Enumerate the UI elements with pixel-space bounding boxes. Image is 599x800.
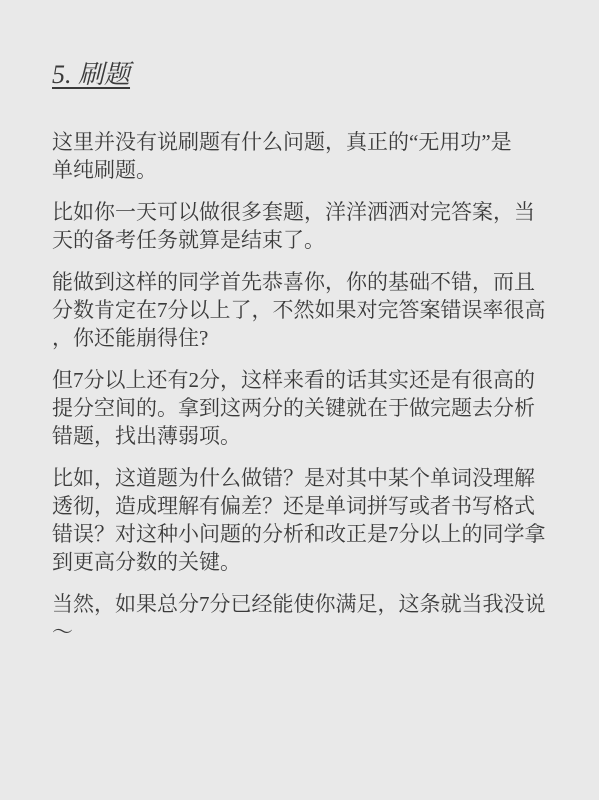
paragraph-4: 但7分以上还有2分，这样来看的话其实还是有很高的 提分空间的。拿到这两分的关键就… — [52, 366, 551, 450]
paragraph-6: 当然，如果总分7分已经能使你满足，这条就当我没说 ～ — [52, 590, 551, 646]
section-heading: 5. 刷题 — [52, 58, 551, 92]
section-heading-text: 5. 刷题 — [52, 60, 130, 89]
article-page: 5. 刷题 这里并没有说刷题有什么问题，真正的“无用功”是 单纯刷题。 比如你一… — [0, 0, 599, 800]
paragraph-3: 能做到这样的同学首先恭喜你，你的基础不错，而且 分数肯定在7分以上了，不然如果对… — [52, 268, 551, 352]
paragraph-2: 比如你一天可以做很多套题，洋洋洒洒对完答案，当 天的备考任务就算是结束了。 — [52, 198, 551, 254]
paragraph-5: 比如，这道题为什么做错？是对其中某个单词没理解 透彻，造成理解有偏差？还是单词拼… — [52, 464, 551, 576]
paragraph-1: 这里并没有说刷题有什么问题，真正的“无用功”是 单纯刷题。 — [52, 128, 551, 184]
